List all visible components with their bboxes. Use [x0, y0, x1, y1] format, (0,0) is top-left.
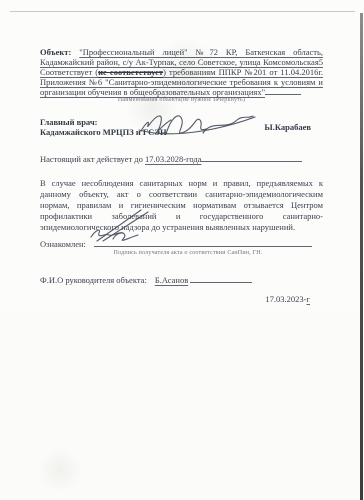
object-line-2: Кадамжайский район, с/у Ак-Турпак, село …: [40, 57, 323, 67]
object-caption: Наименования объекта(не нужное зачеркнут…: [62, 97, 302, 104]
chief-doctor-signature: [135, 109, 260, 141]
acknowledged-label: Ознакомлен:: [40, 239, 86, 249]
object-section: Объект: "Профессиональный лицей" №72 КР,…: [40, 47, 323, 104]
object-line-5: организации обучения в общеобразовательн…: [40, 87, 323, 97]
acknowledged-caption: Подпись получателя акта о соответствии С…: [68, 250, 308, 257]
object-name-text: "Профессиональный лицей" №72 КР, Баткенс…: [79, 47, 323, 57]
object-head-label: Ф.И.О руководителя объекта:: [40, 275, 147, 285]
footer-year-letter: г: [307, 294, 311, 304]
blank-underline: [201, 154, 302, 162]
acknowledged-line: Ознакомлен:: [40, 239, 323, 249]
validity-date: 17.03.2028-года: [145, 154, 201, 164]
conditions-paragraph: В случае несоблюдения санитарных норм и …: [40, 178, 323, 233]
blank-underline: [190, 275, 252, 283]
scan-page-right-edge: [360, 13, 363, 500]
object-line-4: Приложения №6 "Санитарно-эпидемиологичес…: [40, 77, 323, 87]
scanned-document-page: Объект: "Профессиональный лицей" №72 КР,…: [0, 0, 364, 500]
document-content: Объект: "Профессиональный лицей" №72 КР,…: [40, 47, 323, 304]
scan-page-top-edge: [10, 11, 355, 12]
chief-doctor-name: Ы.Карабаев: [264, 122, 323, 132]
validity-line: Настоящий акт действует до 17.03.2028-го…: [40, 154, 323, 164]
requirements-text: ) требованиям ППКР №201 от 11.04.2016г.: [163, 67, 323, 77]
object-head-line: Ф.И.О руководителя объекта: Б.Асанов: [40, 275, 323, 285]
struck-option: не соответствует: [98, 67, 163, 77]
object-line-1: Объект: "Профессиональный лицей" №72 КР,…: [40, 47, 323, 57]
footer-date: 17.03.2023-г: [40, 294, 323, 304]
validity-prefix: Настоящий акт действует до: [40, 154, 143, 164]
object-label: Объект:: [40, 47, 71, 57]
object-line-3: Соответствует (не соответствует) требова…: [40, 67, 323, 77]
blank-underline: [265, 87, 301, 95]
object-head-name: Б.Асанов: [153, 275, 190, 285]
conforms-text: Соответствует (: [40, 67, 98, 77]
recipient-signature: [85, 207, 165, 243]
